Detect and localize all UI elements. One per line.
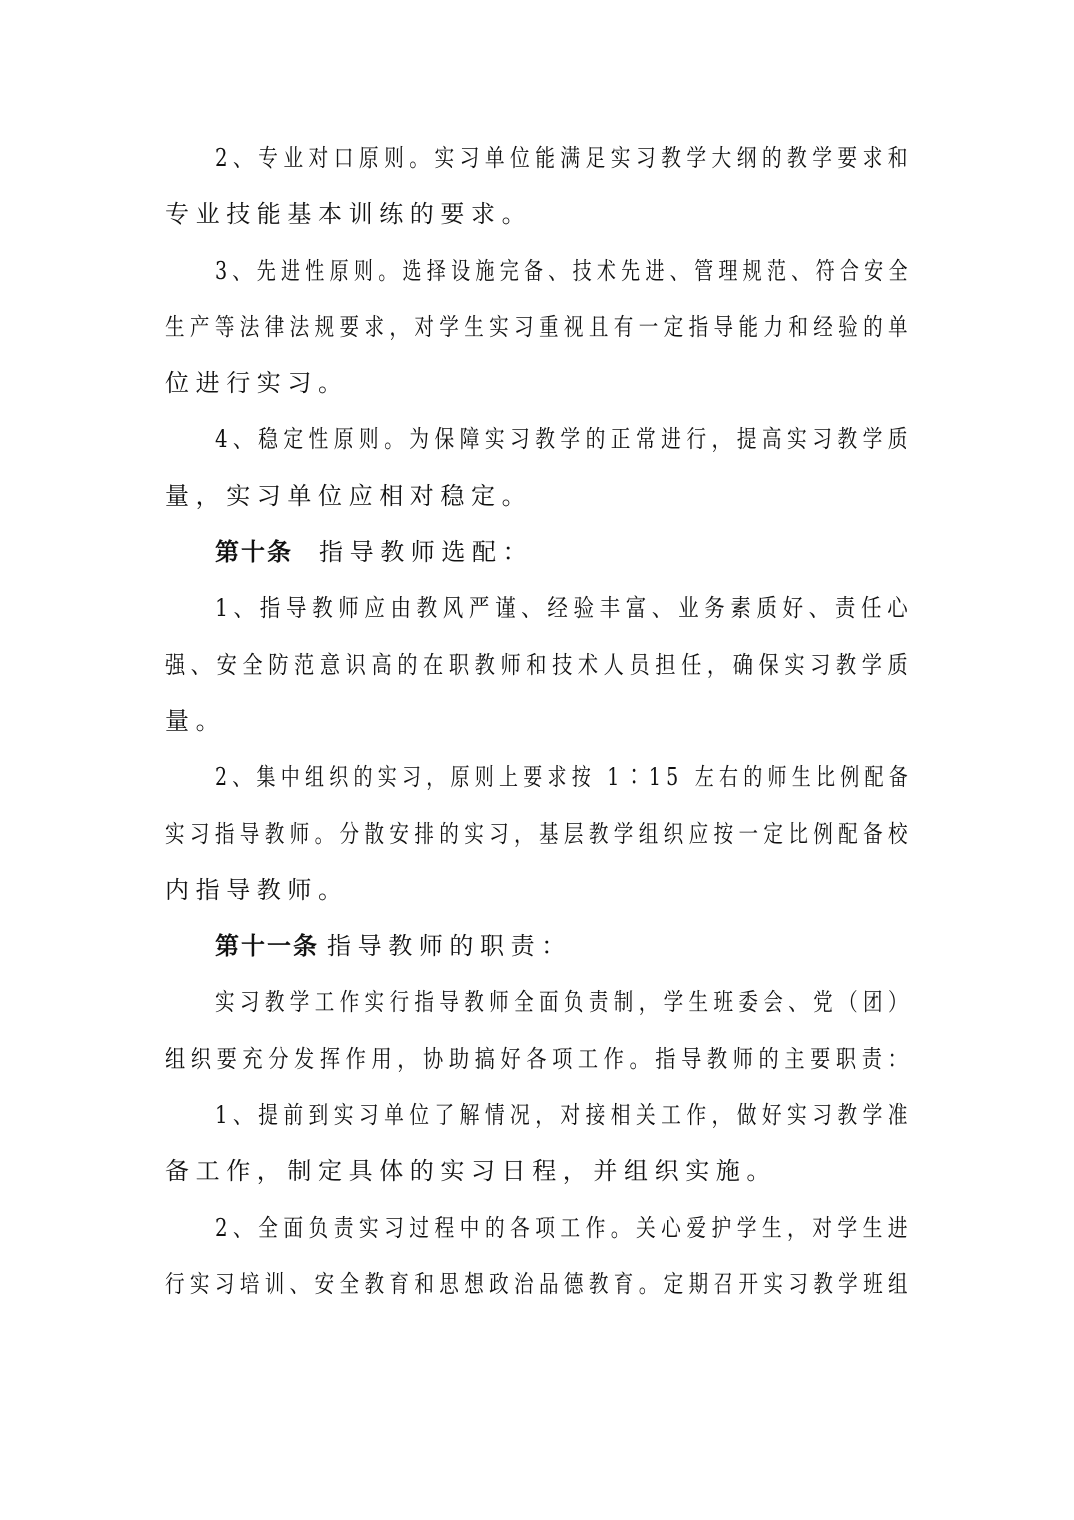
text-line: 组织要充分发挥作用，协助搞好各项工作。指导教师的主要职责： [165, 1039, 796, 1095]
article-number: 第十条 [215, 537, 293, 566]
document-page: 2、专业对口原则。实习单位能满足实习教学大纲的教学要求和 专业技能基本训练的要求… [165, 138, 913, 1320]
paragraph-article-11-item-2: 2、全面负责实习过程中的各项工作。关心爱护学生，对学生进 行实习培训、安全教育和… [165, 1208, 913, 1321]
text-line: 2、专业对口原则。实习单位能满足实习教学大纲的教学要求和 [165, 138, 781, 194]
paragraph-principle-3: 3、先进性原则。选择设施完备、技术先进、管理规范、符合安全 生产等法律法规要求，… [165, 251, 913, 420]
text-line: 1、提前到实习单位了解情况，对接相关工作，做好实习教学准 [165, 1095, 781, 1151]
text-line: 量。 [165, 701, 913, 757]
text-line: 实习指导教师。分散安排的实习，基层教学组织应按一定比例配备校 [165, 814, 774, 870]
article-11-heading: 第十一条指导教师的职责： [165, 926, 913, 982]
paragraph-article-11-item-1: 1、提前到实习单位了解情况，对接相关工作，做好实习教学准 备工作，制定具体的实习… [165, 1095, 913, 1208]
text-line: 内指导教师。 [165, 870, 913, 926]
text-line: 量，实习单位应相对稳定。 [165, 476, 913, 532]
text-line: 强、安全防范意识高的在职教师和技术人员担任，确保实习教学质 [165, 645, 796, 701]
text-line: 4、稳定性原则。为保障实习教学的正常进行，提高实习教学质 [165, 419, 781, 475]
article-title: 指导教师选配： [319, 538, 533, 566]
paragraph-article-10-item-1: 1、指导教师应由教风严谨、经验丰富、业务素质好、责任心 强、安全防范意识高的在职… [165, 588, 913, 757]
paragraph-principle-4: 4、稳定性原则。为保障实习教学的正常进行，提高实习教学质 量，实习单位应相对稳定… [165, 419, 913, 532]
text-line: 2、集中组织的实习，原则上要求按 1∶15 左右的师生比例配备 [165, 757, 758, 813]
text-line: 3、先进性原则。选择设施完备、技术先进、管理规范、符合安全 [165, 251, 759, 307]
text-line: 行实习培训、安全教育和思想政治品德教育。定期召开实习教学班组 [165, 1264, 774, 1320]
text-line: 生产等法律法规要求，对学生实习重视且有一定指导能力和经验的单 [165, 307, 774, 363]
text-line: 备工作，制定具体的实习日程，并组织实施。 [165, 1151, 913, 1207]
text-line: 1、指导教师应由教风严谨、经验丰富、业务素质好、责任心 [165, 588, 804, 644]
article-10-heading: 第十条指导教师选配： [165, 532, 913, 588]
text-line: 实习教学工作实行指导教师全面负责制，学生班委会、党（团） [165, 982, 774, 1038]
article-title: 指导教师的职责： [327, 932, 572, 960]
paragraph-article-11-intro: 实习教学工作实行指导教师全面负责制，学生班委会、党（团） 组织要充分发挥作用，协… [165, 982, 913, 1095]
text-line: 专业技能基本训练的要求。 [165, 194, 913, 250]
paragraph-principle-2: 2、专业对口原则。实习单位能满足实习教学大纲的教学要求和 专业技能基本训练的要求… [165, 138, 913, 251]
article-number: 第十一条 [215, 931, 319, 960]
text-line: 位进行实习。 [165, 363, 913, 419]
text-line: 2、全面负责实习过程中的各项工作。关心爱护学生，对学生进 [165, 1208, 781, 1264]
paragraph-article-10-item-2: 2、集中组织的实习，原则上要求按 1∶15 左右的师生比例配备 实习指导教师。分… [165, 757, 913, 926]
